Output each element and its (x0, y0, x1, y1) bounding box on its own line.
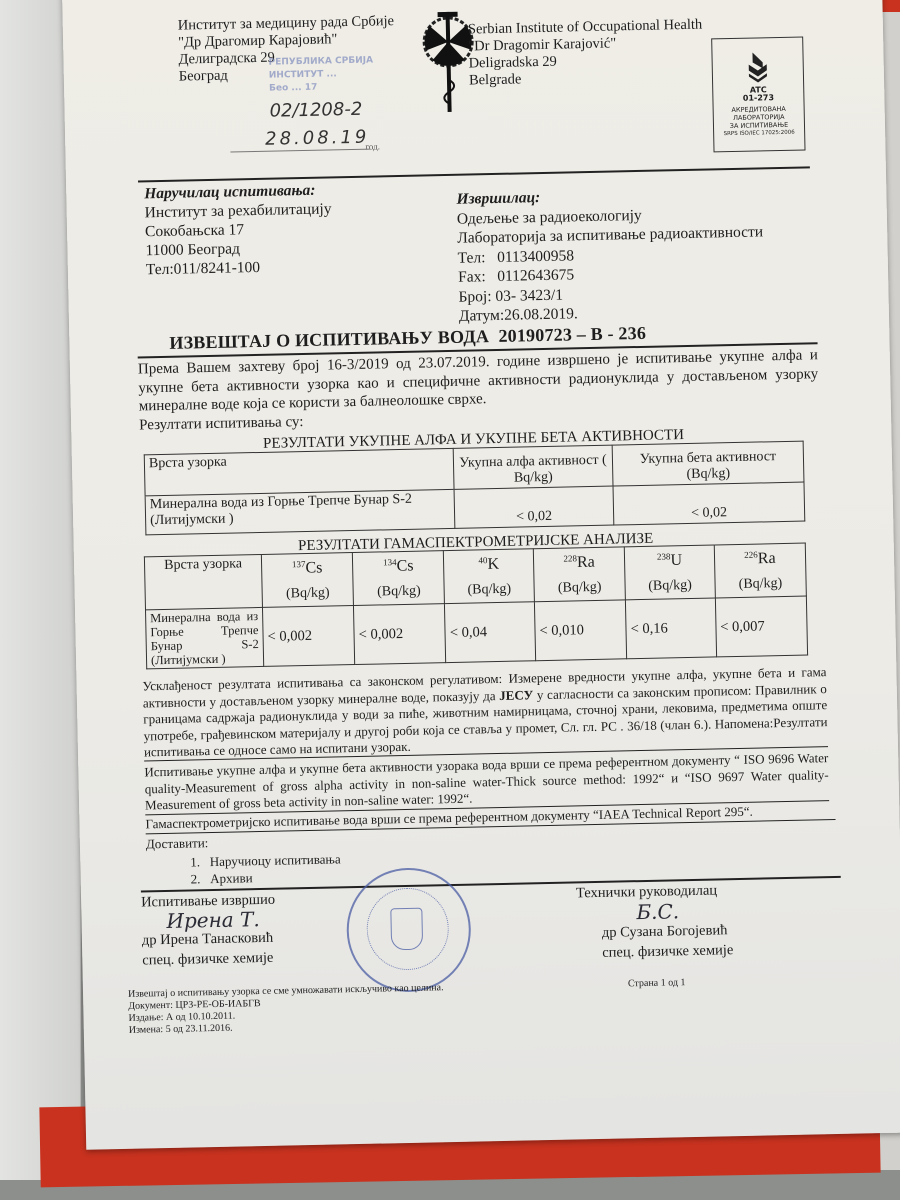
unit-label: (Bq/kg) (267, 585, 349, 603)
beta-value: < 0,02 (613, 482, 805, 525)
manager-title: спец. физичке хемије (602, 940, 733, 963)
nuclide-value: < 0,007 (715, 596, 807, 657)
mass-number: 228 (563, 553, 577, 563)
tel-value: 0113400958 (497, 247, 574, 266)
institute-line: Belgrade (469, 68, 704, 90)
seal-coat-of-arms-icon (390, 908, 423, 951)
mass-number: 238 (657, 551, 671, 561)
nuclide-header: 134Cs(Bq/kg) (353, 551, 445, 606)
delivery-title: Доставити: (146, 835, 209, 853)
institute-name-english: Serbian Institute of Occupational Health… (468, 17, 704, 90)
mass-number: 134 (383, 557, 397, 567)
alpha-value: < 0,02 (454, 486, 614, 528)
stamp-underline (230, 149, 370, 153)
nuclide-label: 137Cs (266, 558, 349, 578)
intro-paragraph: Према Вашем захтеву број 16-3/2019 од 23… (138, 346, 819, 434)
tester-signature: Ирена Т. (166, 910, 275, 930)
accreditation-badge: ATC 01-273 АКРЕДИТОВАНА ЛАБОРАТОРИЈА ЗА … (711, 36, 805, 152)
manager-name: др Сузана Богојевић (602, 920, 733, 943)
handwritten-number: 02/1208-2 (269, 99, 362, 122)
nuclide-header: 137Cs(Bq/kg) (261, 553, 353, 608)
official-seal (345, 867, 472, 994)
accreditation-number: 01-273 (713, 93, 803, 103)
delivery-item: 2. Архиви (190, 867, 341, 887)
gamma-table: Врста узорка 137Cs(Bq/kg)134Cs(Bq/kg)40K… (144, 543, 808, 670)
nuclide-header: 228Ra(Bq/kg) (533, 547, 625, 602)
year-suffix: год. (365, 141, 380, 151)
compliance-paragraph: Усклађеност резултата испитивања са зако… (142, 664, 828, 761)
unit-label: (Bq/kg) (719, 575, 802, 593)
sample-name: Минерална вода из Горње Трепче Бунар S-2… (145, 489, 455, 534)
unit-label: (Bq/kg) (538, 579, 620, 597)
stamp-line: ИНСТИТУТ ... (269, 68, 419, 81)
handwritten-date: 28.08.19 (265, 127, 370, 150)
manager-signature-block: Технички руководилац Б.С. др Сузана Бого… (576, 880, 734, 963)
mass-number: 226 (744, 550, 758, 560)
report-title: ИЗВЕШТАЈ О ИСПИТИВАЊУ ВОДА 20190723 – В … (169, 323, 646, 354)
unit-label: (Bq/kg) (449, 581, 530, 599)
element-symbol: Ra (577, 554, 595, 571)
delivery-list: 1. Наручиоцу испитивања 2. Архиви (190, 850, 341, 887)
nuclide-value: < 0,010 (534, 600, 626, 661)
element-symbol: Cs (305, 559, 322, 576)
table-row: Минерална вода из Горње Трепче Бунар S-2… (146, 596, 808, 669)
fax-value: 0112643675 (497, 266, 574, 285)
sample-name: Минерална вода из Горње Трепче Бунар S-2… (146, 607, 264, 668)
accreditation-standard: SRPS ISO/IEC 17025:2006 (714, 128, 804, 138)
tester-signature-block: Испитивање извршио Ирена Т. др Ирена Тан… (141, 890, 277, 971)
delivery-item-text: Архиви (210, 870, 253, 886)
fax-label: Fax: (458, 268, 486, 286)
beta-header: Укупна бета активност (Bq/kg) (612, 441, 804, 486)
tester-name: др Ирена Танасковић (142, 928, 276, 951)
nuclide-label: 238U (629, 551, 710, 571)
client-line: Институт за рехабилитацију (144, 199, 331, 222)
nuclide-label: 134Cs (357, 556, 440, 576)
unit-label: (Bq/kg) (630, 577, 711, 595)
manager-signature: Б.С. (636, 900, 732, 922)
nuclide-label: 228Ra (538, 552, 621, 572)
nuclide-label: 226Ra (719, 549, 802, 569)
nuclide-value: < 0,002 (354, 604, 446, 665)
element-symbol: Ra (758, 550, 776, 567)
client-block: Наручилац испитивања: Институт за рехаби… (144, 180, 333, 279)
nuclide-header: 238U(Bq/kg) (624, 545, 715, 600)
nuclide-value: < 0,04 (445, 602, 536, 663)
alpha-beta-table: Врста узорка Укупна алфа активност ( Bq/… (144, 441, 806, 536)
tester-title: спец. физичке хемије (142, 948, 276, 971)
alpha-header: Укупна алфа активност ( Bq/kg) (453, 445, 613, 489)
nuclide-value: < 0,002 (262, 606, 354, 667)
element-symbol: K (487, 556, 499, 573)
sample-type-header: Врста узорка (144, 448, 454, 495)
element-symbol: Cs (396, 557, 413, 574)
header-divider (138, 166, 810, 182)
nuclide-header: 226Ra(Bq/kg) (714, 543, 806, 598)
element-symbol: U (670, 552, 682, 569)
footer-notes: Извештај о испитивању узорка се сме умно… (128, 982, 444, 1037)
executor-block: Извршилац: Одељење за радиоекологију Лаб… (456, 183, 765, 326)
tel-label: Тел: (458, 249, 486, 267)
delivery-item: 1. Наручиоцу испитивања (190, 850, 341, 870)
client-line: Тел:011/8241-100 (146, 256, 333, 279)
page-number: Страна 1 од 1 (628, 977, 686, 990)
nuclide-value: < 0,16 (626, 598, 717, 659)
sample-type-header: Врста узорка (144, 554, 262, 609)
delivery-item-text: Наручиоцу испитивања (210, 851, 341, 869)
unit-label: (Bq/kg) (358, 583, 440, 601)
mass-number: 137 (292, 559, 306, 569)
compliance-verdict: ЈЕСУ (499, 687, 533, 703)
accreditation-mark-icon (746, 52, 769, 82)
stamp-line: РЕПУБЛИКА СРБИЈА (268, 55, 418, 68)
stamp-line: Бео ... 17 (269, 81, 419, 94)
nuclide-header: 40K(Bq/kg) (444, 549, 535, 604)
report-page: Институт за медицину рада Србије "Др Дра… (62, 0, 900, 1150)
nuclide-label: 40K (448, 554, 529, 574)
